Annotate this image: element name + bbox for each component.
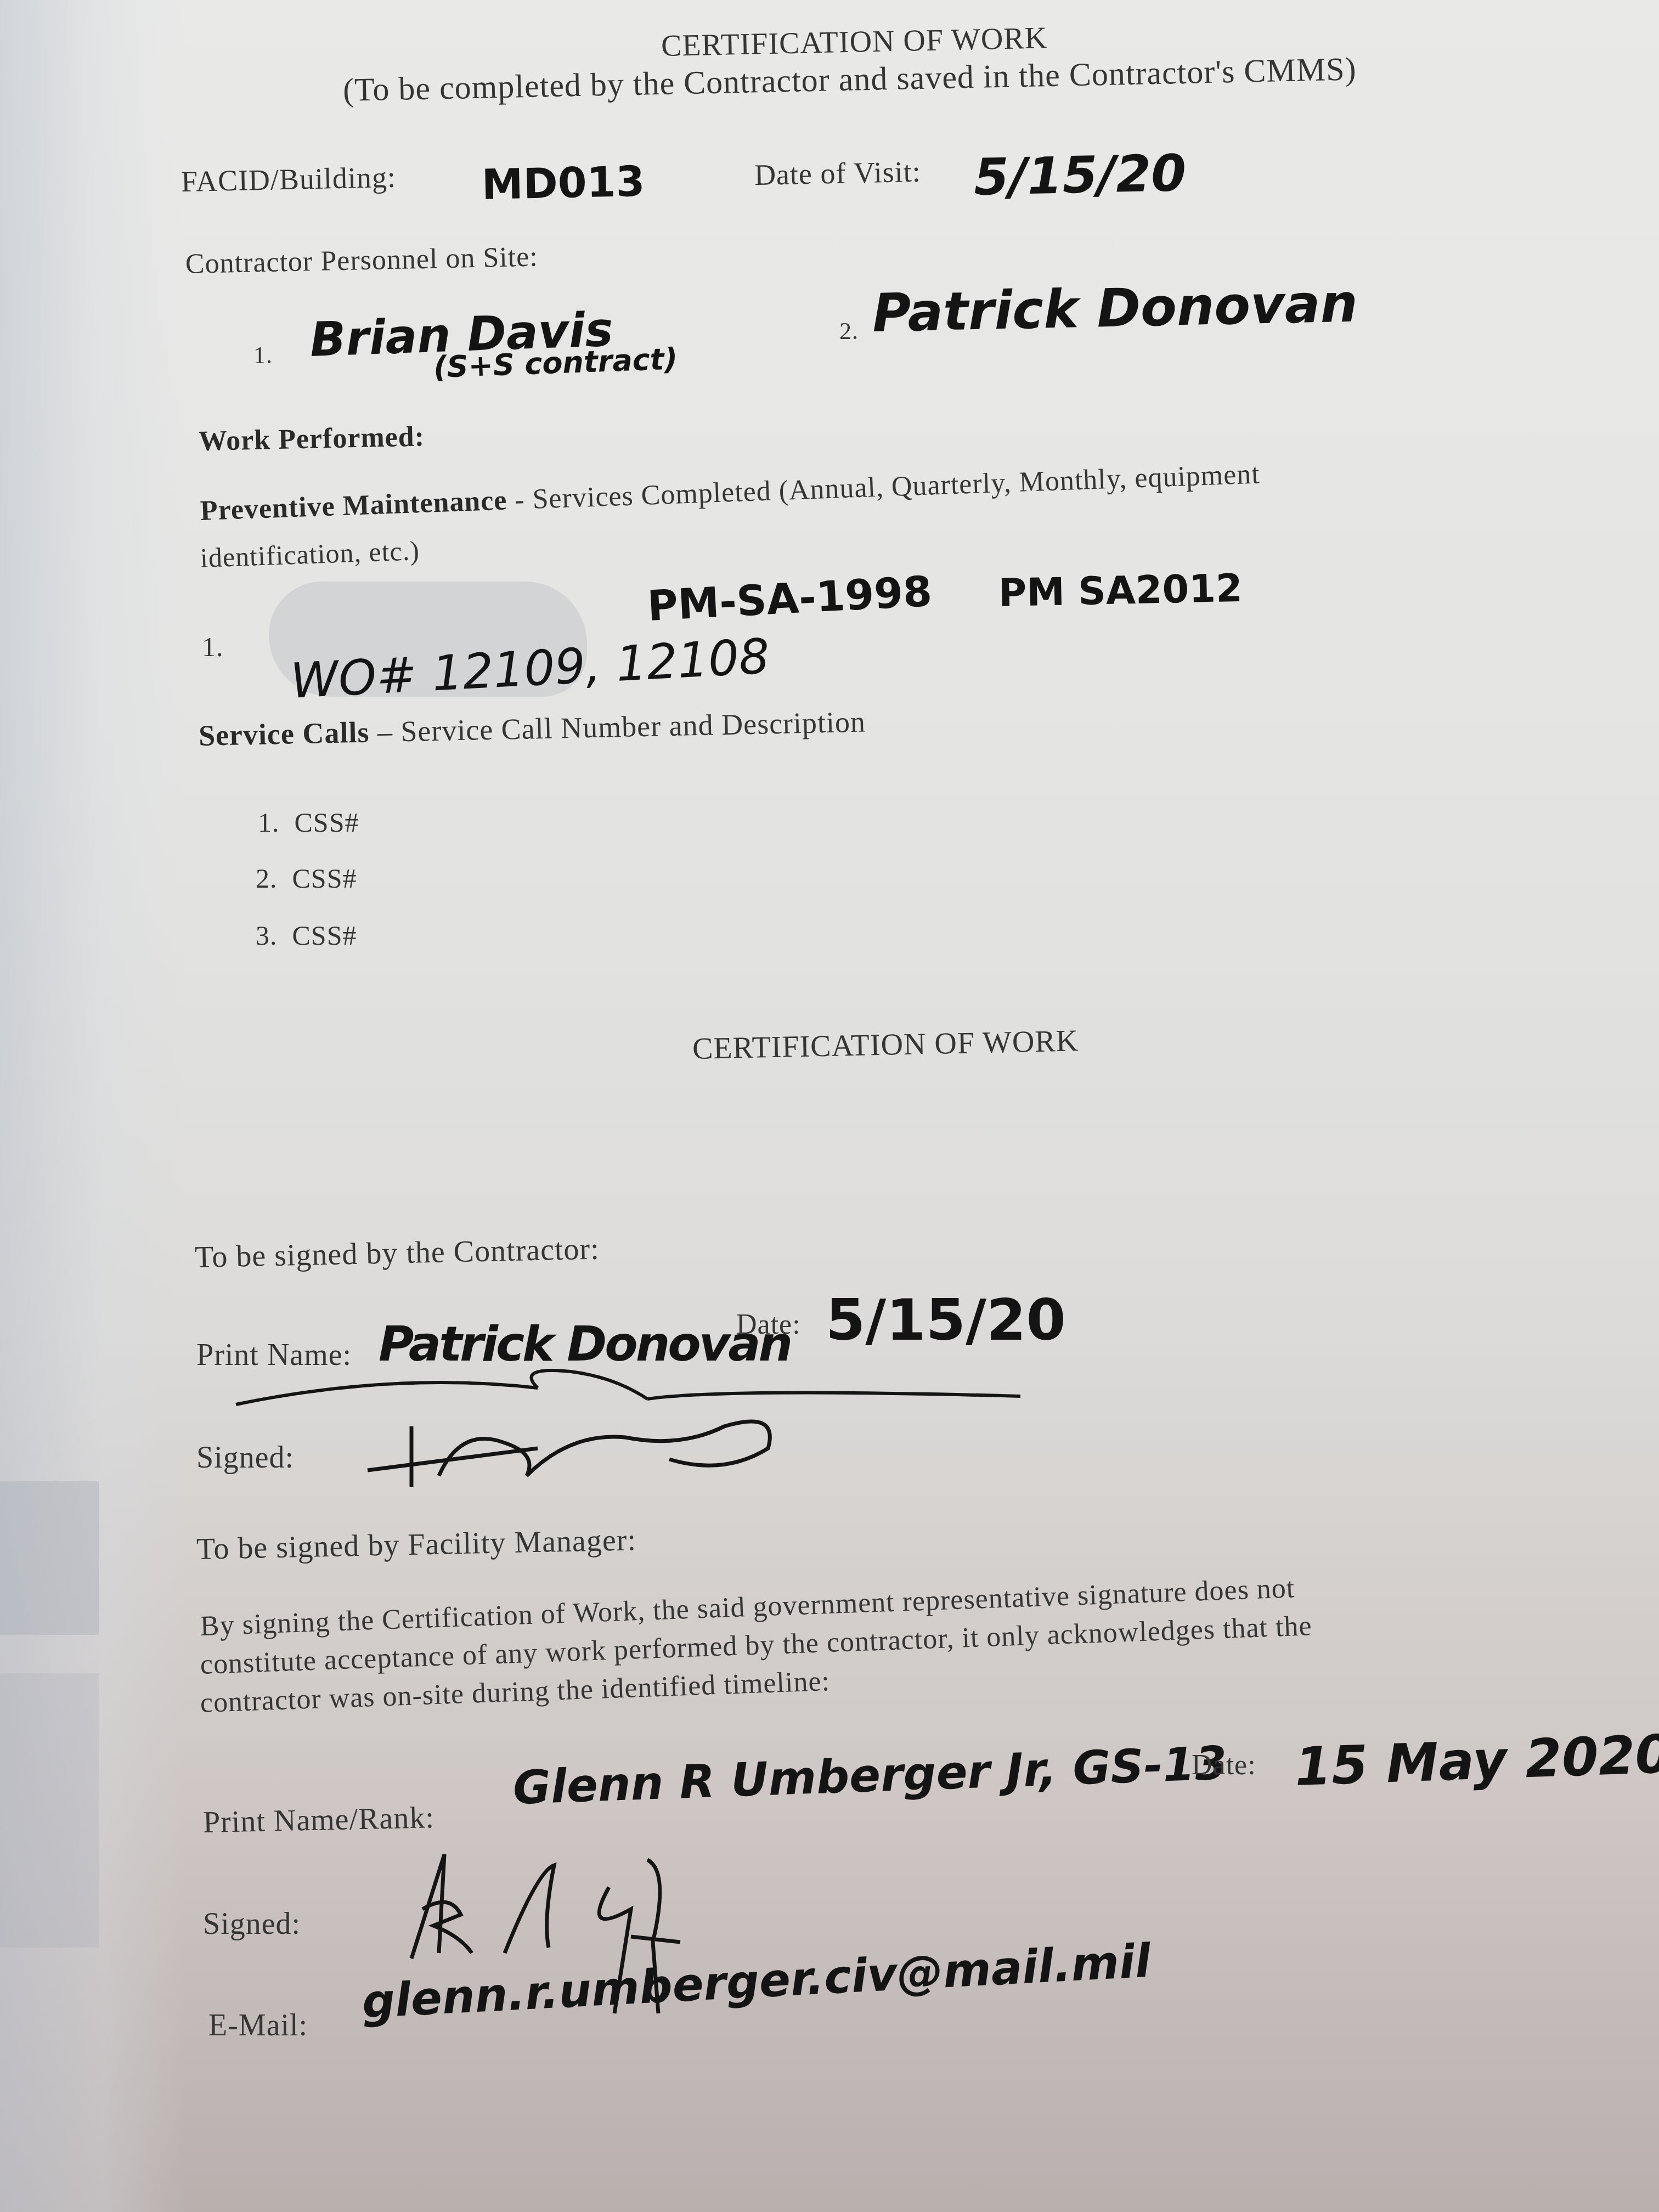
- bleed-through-mark: [0, 1673, 99, 1948]
- service-calls-description: – Service Call Number and Description: [369, 706, 866, 749]
- bleed-through-mark: [0, 1481, 99, 1635]
- fm-print-name-value[interactable]: Glenn R Umberger Jr, GS-13: [512, 1736, 1228, 1815]
- contractor-date-value[interactable]: 5/15/20: [826, 1286, 1066, 1353]
- pm-description: - Services Completed (Annual, Quarterly,…: [506, 459, 1260, 516]
- date-of-visit-label: Date of Visit:: [754, 155, 921, 192]
- service-calls-heading: Service Calls – Service Call Number and …: [198, 705, 866, 753]
- form-title: CERTIFICATION OF WORK: [661, 20, 1047, 64]
- pm-entry[interactable]: PM-SA-1998: [646, 567, 933, 630]
- fm-email-label: E-Mail:: [208, 2008, 308, 2043]
- fm-signed-label: Signed:: [203, 1906, 301, 1942]
- service-call-number: 1.: [258, 807, 280, 838]
- personnel-name[interactable]: Patrick Donovan: [872, 272, 1358, 344]
- service-call-item[interactable]: 1. CSS#: [258, 806, 359, 838]
- service-call-label: CSS#: [292, 863, 357, 894]
- contractor-print-name-value[interactable]: Patrick Donovan: [379, 1316, 791, 1372]
- pm-item-number: 1.: [202, 631, 224, 663]
- date-of-visit-value[interactable]: 5/15/20: [973, 144, 1187, 207]
- personnel-number: 2.: [839, 317, 859, 345]
- contractor-signature[interactable]: [230, 1366, 1026, 1492]
- service-call-item[interactable]: 3. CSS#: [256, 919, 357, 951]
- service-call-label: CSS#: [295, 807, 359, 838]
- personnel-label: Contractor Personnel on Site:: [185, 241, 538, 280]
- facid-value[interactable]: MD013: [481, 157, 645, 209]
- contractor-date-label: Date:: [736, 1308, 801, 1341]
- personnel-number: 1.: [253, 341, 273, 369]
- pm-description-line2: identification, etc.): [200, 534, 420, 574]
- pm-heading: Preventive Maintenance - Services Comple…: [200, 458, 1261, 527]
- fm-date-value[interactable]: 15 May 2020: [1294, 1723, 1659, 1798]
- service-call-number: 2.: [256, 863, 278, 894]
- service-calls-label: Service Calls: [198, 715, 370, 752]
- service-call-number: 3.: [256, 920, 278, 951]
- fm-date-label: Date:: [1192, 1749, 1256, 1781]
- facid-label: FACID/Building:: [180, 160, 396, 199]
- section2-title: CERTIFICATION OF WORK: [692, 1023, 1079, 1066]
- pm-entry[interactable]: PM SA2012: [998, 566, 1243, 616]
- fm-print-name-label: Print Name/Rank:: [202, 1800, 435, 1840]
- fm-sign-label: To be signed by Facility Manager:: [196, 1522, 636, 1567]
- contractor-sign-label: To be signed by the Contractor:: [194, 1232, 600, 1275]
- service-call-item[interactable]: 2. CSS#: [256, 862, 357, 894]
- pm-label: Preventive Maintenance: [200, 484, 507, 526]
- service-call-label: CSS#: [292, 920, 357, 951]
- work-performed-label: Work Performed:: [198, 420, 425, 458]
